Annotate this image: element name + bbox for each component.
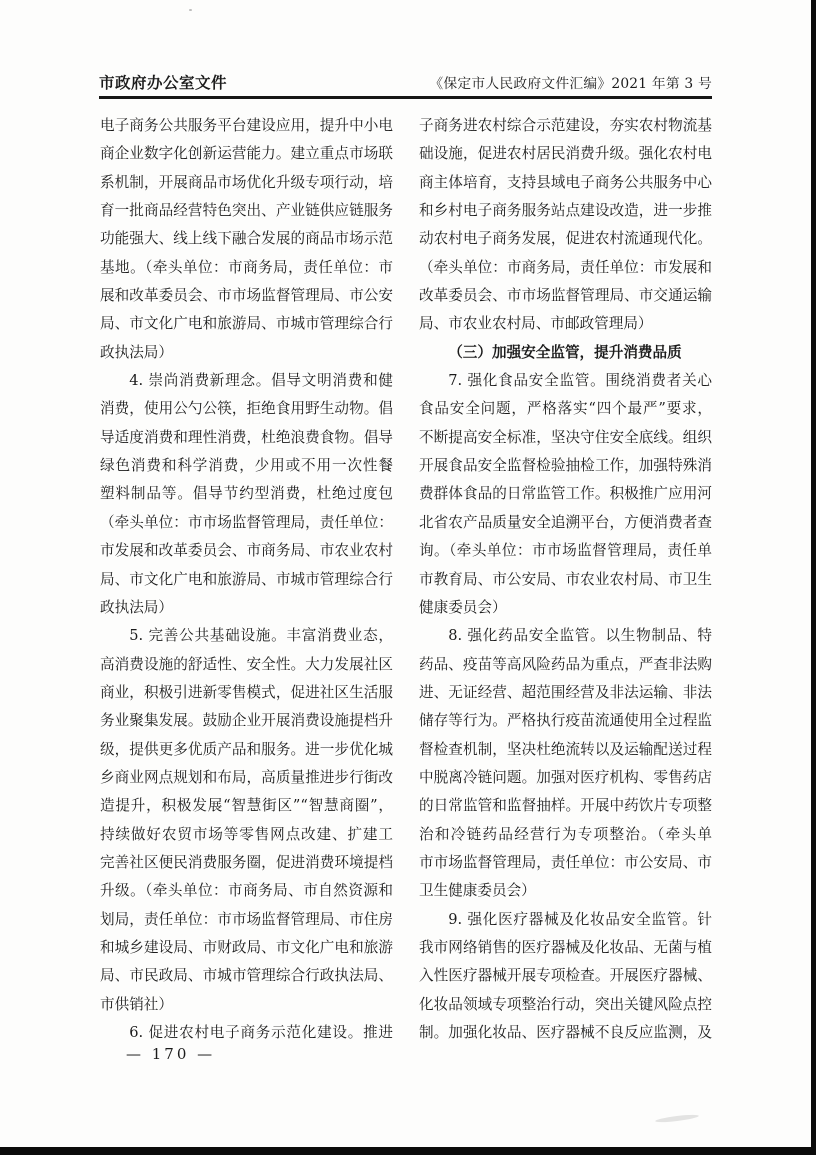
text-line: 升级。（牵头单位：市商务局、市自然资源和规 bbox=[100, 877, 393, 905]
text-line: 导适度消费和理性消费，杜绝浪费食物。倡导 bbox=[100, 424, 393, 452]
text-line: （牵头单位：市市场监督管理局，责任单位： bbox=[100, 509, 393, 537]
text-line: 入性医疗器械开展专项检查。开展医疗器械、 bbox=[419, 962, 712, 990]
text-line: 询。（牵头单位：市市场监督管理局，责任单位： bbox=[419, 537, 712, 565]
text-line: 动农村电子商务发展，促进农村流通现代化。 bbox=[419, 225, 712, 253]
document-page: 市政府办公室文件 《保定市人民政府文件汇编》2021 年第 3 号 电子商务公共… bbox=[0, 0, 816, 1155]
text-column-right: 子商务进农村综合示范建设，夯实农村物流基础设施，促进农村居民消费升级。强化农村电… bbox=[419, 112, 712, 1050]
text-line: 功能强大、线上线下融合发展的商品市场示范 bbox=[100, 225, 393, 253]
text-line: 绿色消费和科学消费，少用或不用一次性餐具、 bbox=[100, 452, 393, 480]
text-line: 育一批商品经营特色突出、产业链供应链服务 bbox=[100, 197, 393, 225]
text-line: 中脱离冷链问题。加强对医疗机构、零售药店 bbox=[419, 764, 712, 792]
text-line: 制。加强化妆品、医疗器械不良反应监测，及 bbox=[419, 1019, 712, 1047]
text-line: （牵头单位：市商务局，责任单位：市发展和 bbox=[419, 254, 712, 282]
text-line: 局、市民政局、市城市管理综合行政执法局、 bbox=[100, 962, 393, 990]
text-line: 级，提供更多优质产品和服务。进一步优化城 bbox=[100, 736, 393, 764]
text-line: 储存等行为。严格执行疫苗流通使用全过程监 bbox=[419, 707, 712, 735]
document-body: 电子商务公共服务平台建设应用，提升中小电商企业数字化创新运营能力。建立重点市场联… bbox=[100, 112, 712, 1050]
page-footer: — 170 — bbox=[126, 1045, 215, 1063]
text-line: 4. 崇尚消费新理念。倡导文明消费和健康 bbox=[100, 367, 393, 395]
text-line: 商业，积极引进新零售模式，促进社区生活服 bbox=[100, 679, 393, 707]
text-line: 电子商务公共服务平台建设应用，提升中小电 bbox=[100, 112, 393, 140]
text-line: 高消费设施的舒适性、安全性。大力发展社区 bbox=[100, 651, 393, 679]
text-line: 务业聚集发展。鼓励企业开展消费设施提档升 bbox=[100, 707, 393, 735]
text-line: 商企业数字化创新运营能力。建立重点市场联 bbox=[100, 140, 393, 168]
page-number: — 170 — bbox=[126, 1045, 215, 1063]
text-line: 不断提高安全标准，坚决守住安全底线。组织 bbox=[419, 424, 712, 452]
text-line: 局、市农业农村局、市邮政管理局） bbox=[419, 310, 712, 338]
text-line: 基地。（牵头单位：市商务局，责任单位：市发 bbox=[100, 254, 393, 282]
scan-edge-right bbox=[811, 0, 816, 1155]
text-line: 的日常监管和监督抽样。开展中药饮片专项整 bbox=[419, 792, 712, 820]
text-line: 开展食品安全监督检验抽检工作，加强特殊消 bbox=[419, 452, 712, 480]
header-right-title: 《保定市人民政府文件汇编》2021 年第 3 号 bbox=[429, 72, 712, 96]
text-line: 督检查机制，坚决杜绝流转以及运输配送过程 bbox=[419, 736, 712, 764]
scan-smudge bbox=[655, 1113, 699, 1123]
text-line: 局、市文化广电和旅游局、市城市管理综合行 bbox=[100, 566, 393, 594]
text-line: 塑料制品等。倡导节约型消费，杜绝过度包装。 bbox=[100, 480, 393, 508]
text-line: 消费，使用公勺公筷，拒绝食用野生动物。倡 bbox=[100, 395, 393, 423]
text-line: 子商务进农村综合示范建设，夯实农村物流基 bbox=[419, 112, 712, 140]
text-line: 系机制，开展商品市场优化升级专项行动，培 bbox=[100, 169, 393, 197]
text-line: 7. 强化食品安全监管。围绕消费者关心的 bbox=[419, 367, 712, 395]
text-line: 治和冷链药品经营行为专项整治。（牵头单位： bbox=[419, 821, 712, 849]
text-line: 乡商业网点规划和布局，高质量推进步行街改 bbox=[100, 764, 393, 792]
text-line: 费群体食品的日常监管工作。积极推广应用河 bbox=[419, 480, 712, 508]
text-line: 造提升，积极发展“智慧街区”“智慧商圈”， bbox=[100, 792, 393, 820]
text-line: 划局，责任单位：市市场监督管理局、市住房 bbox=[100, 906, 393, 934]
header-left-title: 市政府办公室文件 bbox=[99, 71, 227, 96]
text-line: 持续做好农贸市场等零售网点改建、扩建工作， bbox=[100, 821, 393, 849]
text-line: 和城乡建设局、市财政局、市文化广电和旅游 bbox=[100, 934, 393, 962]
text-line: 我市网络销售的医疗器械及化妆品、无菌与植 bbox=[419, 934, 712, 962]
text-line: 市教育局、市公安局、市农业农村局、市卫生 bbox=[419, 566, 712, 594]
text-line: 市发展和改革委员会、市商务局、市农业农村 bbox=[100, 537, 393, 565]
text-line: 局、市文化广电和旅游局、市城市管理综合行 bbox=[100, 310, 393, 338]
header-rule bbox=[99, 96, 712, 99]
scan-speck bbox=[189, 9, 192, 11]
text-line: 市市场监督管理局，责任单位：市公安局、市 bbox=[419, 849, 712, 877]
text-line: 6. 促进农村电子商务示范化建设。推进电 bbox=[100, 1019, 393, 1047]
text-line: 市供销社） bbox=[100, 991, 393, 1019]
text-column-left: 电子商务公共服务平台建设应用，提升中小电商企业数字化创新运营能力。建立重点市场联… bbox=[100, 112, 393, 1050]
text-line: 8. 强化药品安全监管。以生物制品、特殊 bbox=[419, 622, 712, 650]
text-line: 商主体培育，支持县域电子商务公共服务中心 bbox=[419, 169, 712, 197]
text-line: 化妆品领域专项整治行动，突出关键风险点控 bbox=[419, 991, 712, 1019]
text-line: 进、无证经营、超范围经营及非法运输、非法 bbox=[419, 679, 712, 707]
text-line: 完善社区便民消费服务圈，促进消费环境提档 bbox=[100, 849, 393, 877]
text-line: 9. 强化医疗器械及化妆品安全监管。针对 bbox=[419, 906, 712, 934]
text-line: 食品安全问题，严格落实“四个最严”要求， bbox=[419, 395, 712, 423]
text-line: 药品、疫苗等高风险药品为重点，严查非法购 bbox=[419, 651, 712, 679]
text-line: 和乡村电子商务服务站点建设改造，进一步推 bbox=[419, 197, 712, 225]
text-line: 北省农产品质量安全追溯平台，方便消费者查 bbox=[419, 509, 712, 537]
text-line: 政执法局） bbox=[100, 339, 393, 367]
text-line: 政执法局） bbox=[100, 594, 393, 622]
text-line: 改革委员会、市市场监督管理局、市交通运输 bbox=[419, 282, 712, 310]
text-line: 展和改革委员会、市市场监督管理局、市公安 bbox=[100, 282, 393, 310]
text-line: 卫生健康委员会） bbox=[419, 877, 712, 905]
section-heading-line: （三）加强安全监管，提升消费品质 bbox=[419, 339, 712, 367]
text-line: 础设施，促进农村居民消费升级。强化农村电 bbox=[419, 140, 712, 168]
text-line: 5. 完善公共基础设施。丰富消费业态，提 bbox=[100, 622, 393, 650]
scan-edge-bottom bbox=[0, 1147, 816, 1155]
text-line: 健康委员会） bbox=[419, 594, 712, 622]
page-header: 市政府办公室文件 《保定市人民政府文件汇编》2021 年第 3 号 bbox=[99, 66, 712, 96]
